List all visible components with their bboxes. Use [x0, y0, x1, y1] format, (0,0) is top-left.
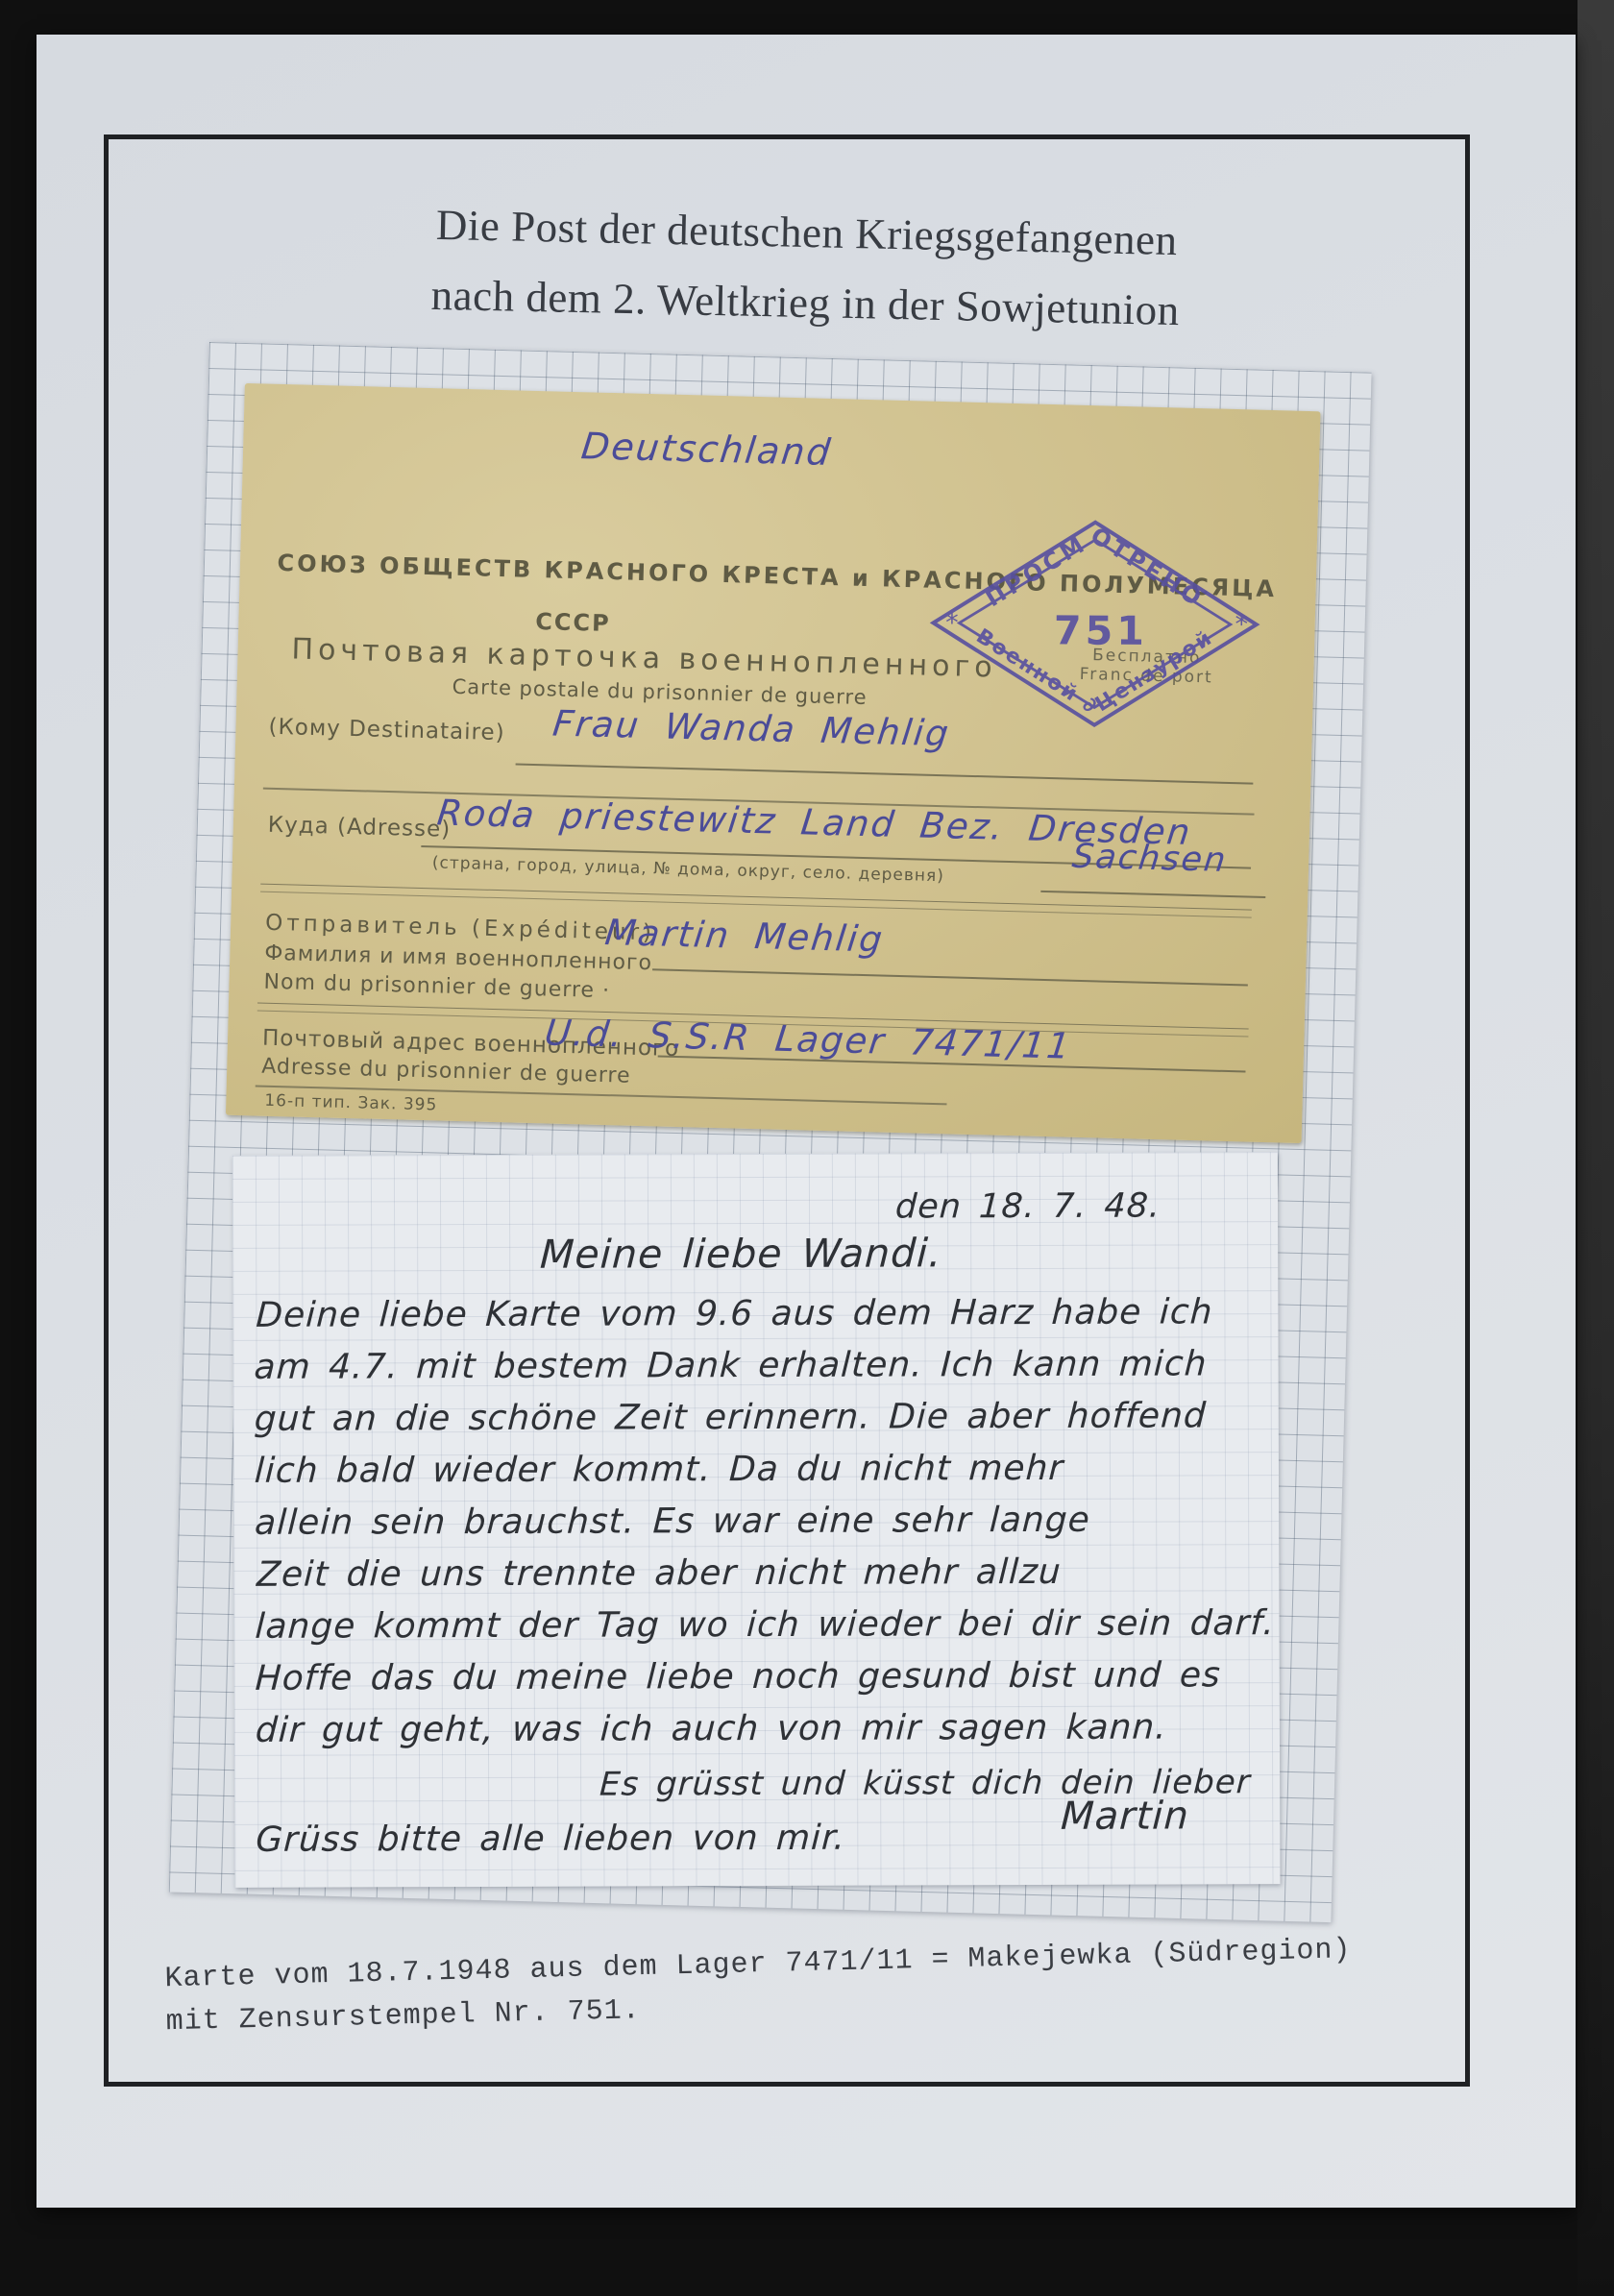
- sender-field-label-fr: Nom du prisonnier de guerre ·: [263, 970, 610, 1003]
- field-underline: [1040, 891, 1265, 898]
- letter-body-line: Hoffe das du meine liebe noch gesund bis…: [255, 1655, 1222, 1698]
- pow-postcard: Deutschland СОЮЗ ОБЩЕСТВ КРАСНОГО КРЕСТА…: [226, 383, 1321, 1143]
- sender-field-label-ru1: Отправитель (Expéditeur): [265, 911, 655, 946]
- stamp-top-text: ПРОСМОТРЕНО: [981, 522, 1210, 614]
- letter-body-line: lange kommt der Tag wo ich wieder bei di…: [255, 1603, 1276, 1647]
- letter-body-line: dir gut geht, was ich auch von mir sagen…: [255, 1708, 1168, 1750]
- address-region-value: Sachsen: [1070, 838, 1230, 880]
- postcard-card-type-ru: Почтовая карточка военнопленного: [264, 632, 1024, 686]
- address-field-label: Куда (Adresse): [268, 813, 452, 843]
- letter-body-line: lich bald wieder kommt. Da du nicht mehr: [254, 1449, 1064, 1491]
- stamp-number: 751: [1054, 607, 1148, 654]
- form-rule-double: [260, 884, 1252, 918]
- sender-field-value: Martin Mehlig: [603, 912, 887, 960]
- mount-grid-sheet: Deutschland СОЮЗ ОБЩЕСТВ КРАСНОГО КРЕСТА…: [169, 342, 1372, 1922]
- page-stack-edges: [40, 2203, 1501, 2256]
- printers-imprint: 16-п тип. Зак. 395: [264, 1091, 437, 1115]
- letter-photocopy: den 18. 7. 48. Meine liebe Wandi. Deine …: [232, 1152, 1281, 1888]
- stamp-star-left-icon: *: [945, 608, 959, 638]
- letter-body-line: allein sein brauchst. Es war eine sehr l…: [254, 1501, 1091, 1543]
- letter-body-line: Deine liebe Karte vom 9.6 aus dem Harz h…: [255, 1292, 1213, 1334]
- letter-salutation: Meine liebe Wandi.: [539, 1230, 943, 1277]
- letter-date: den 18. 7. 48.: [894, 1187, 1162, 1227]
- recipient-field-value: Frau Wanda Mehlig: [550, 703, 952, 755]
- album-page: Die Post der deutschen Kriegsgefangenen …: [37, 35, 1576, 2208]
- postcard-country-annotation: Deutschland: [579, 425, 834, 474]
- letter-postscript: Grüss bitte alle lieben von mir.: [255, 1819, 846, 1860]
- svg-text:ПРОСМОТРЕНО: ПРОСМОТРЕНО: [981, 522, 1210, 614]
- photo-right-edge: [1577, 0, 1614, 2296]
- letter-body-line: Zeit die uns trennte aber nicht mehr all…: [256, 1552, 1062, 1595]
- sender-field-label-ru2: Фамилия и имя военнопленного: [264, 941, 652, 976]
- field-underline: [516, 763, 1254, 784]
- photo-background: Die Post der deutschen Kriegsgefangenen …: [0, 0, 1614, 2296]
- exhibit-title: Die Post der deutschen Kriegsgefangenen …: [209, 185, 1404, 351]
- field-underline: [652, 968, 1248, 986]
- letter-body-line: gut an die schöne Zeit erinnern. Die abe…: [254, 1396, 1208, 1438]
- censor-stamp: ПРОСМОТРЕНО Военной ∂ Цензурой 751 * *: [925, 512, 1264, 735]
- letter-signature: Martin: [1060, 1794, 1190, 1838]
- letter-body-line: am 4.7. mit bestem Dank erhalten. Ich ka…: [254, 1344, 1209, 1386]
- stamp-star-right-icon: *: [1235, 610, 1248, 640]
- recipient-field-label: (Кому Destinataire): [268, 715, 505, 745]
- camp-address-label-fr: Adresse du prisonnier de guerre: [261, 1055, 631, 1088]
